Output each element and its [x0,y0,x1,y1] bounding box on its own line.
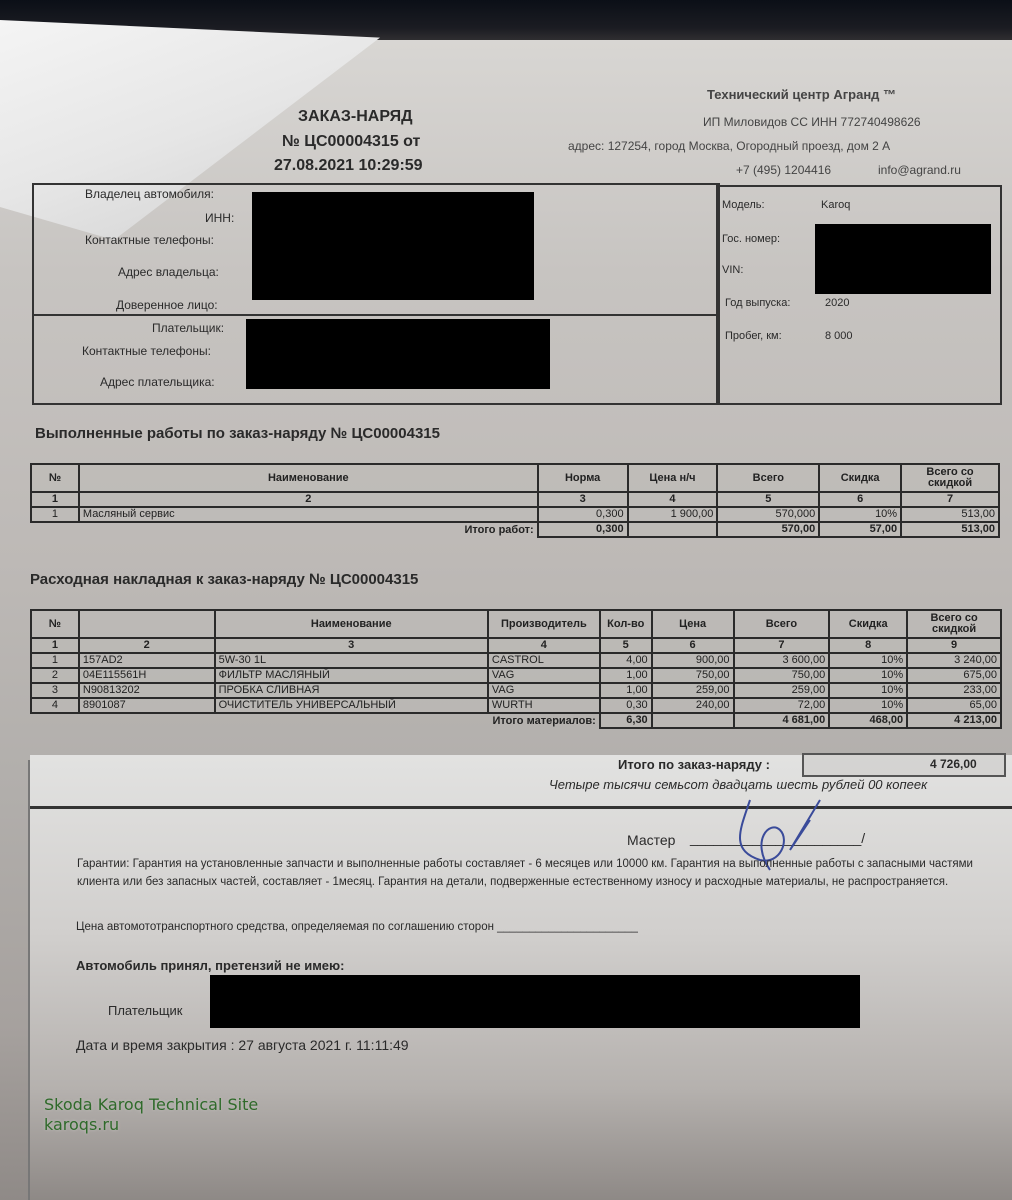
row-name: Масляный сервис [79,507,538,522]
col-num-3: 3 [215,638,488,653]
col-total: Всего [717,464,819,492]
col-num-1: 1 [31,492,79,507]
document-number: № ЦС00004315 от [282,133,420,151]
table-row: 1 Масляный сервис 0,300 1 900,00 570,000… [31,507,999,522]
works-table: № Наименование Норма Цена н/ч Всего Скид… [30,463,1000,538]
materials-total-qty: 6,30 [600,713,652,728]
model-label: Модель: [722,199,765,211]
warranty-text: Гарантии: Гарантия на установленные запч… [77,855,1012,891]
vehicle-info-box [716,185,1002,405]
col-name: Наименование [79,464,538,492]
row-norm: 0,300 [538,507,628,522]
site-watermark-title: Skoda Karoq Technical Site [44,1095,258,1114]
col-num-9: 9 [907,638,1001,653]
materials-header-row: № Наименование Производитель Кол-во Цена… [31,610,1001,638]
col-total-discounted: Всего со скидкой [907,610,1001,638]
row-discount: 10% [829,683,907,698]
row-qty: 1,00 [600,668,652,683]
row-price: 240,00 [652,698,734,713]
works-total-price [628,522,718,537]
col-num-2: 2 [79,492,538,507]
col-num-6: 6 [652,638,734,653]
materials-table: № Наименование Производитель Кол-во Цена… [30,609,1002,729]
col-num-8: 8 [829,638,907,653]
row-name: ОЧИСТИТЕЛЬ УНИВЕРСАЛЬНЫЙ [215,698,488,713]
owner-payer-divider [32,314,718,316]
materials-total-discounted: 4 213,00 [907,713,1001,728]
col-num-7: 7 [901,492,999,507]
col-num-4: 4 [488,638,600,653]
year-label: Год выпуска: [725,297,790,309]
materials-total-row: Итого материалов: 6,30 4 681,00 468,00 4… [31,713,1001,728]
row-number: 1 [31,507,79,522]
vin-label: VIN: [722,264,743,276]
col-num-3: 3 [538,492,628,507]
row-total-discounted: 513,00 [901,507,999,522]
works-total-sum: 570,00 [717,522,819,537]
row-total-discounted: 233,00 [907,683,1001,698]
materials-total-label: Итого материалов: [31,713,600,728]
works-total-discounted: 513,00 [901,522,999,537]
col-num-7: 7 [734,638,830,653]
row-total: 72,00 [734,698,830,713]
owner-label: Владелец автомобиля: [85,187,214,201]
col-price: Цена [652,610,734,638]
payer-address-label: Адрес плательщика: [100,375,215,389]
row-name: ФИЛЬТР МАСЛЯНЫЙ [215,668,488,683]
row-total: 3 600,00 [734,653,830,668]
row-code: 04E115561H [79,668,215,683]
row-qty: 0,30 [600,698,652,713]
price-agreement: Цена автомототранспортного средства, опр… [76,921,638,933]
row-discount: 10% [829,668,907,683]
col-name: Наименование [215,610,488,638]
row-code: 157AD2 [79,653,215,668]
col-maker: Производитель [488,610,600,638]
margin-ruler [28,760,30,1200]
company-phone: +7 (495) 1204416 [736,163,831,177]
works-heading: Выполненные работы по заказ-наряду № ЦС0… [35,425,440,442]
row-name: 5W-30 1L [215,653,488,668]
row-maker: VAG [488,683,600,698]
table-row: 1 157AD2 5W-30 1L CASTROL 4,00 900,00 3 … [31,653,1001,668]
materials-total-discount: 468,00 [829,713,907,728]
col-number: № [31,610,79,638]
row-number: 1 [31,653,79,668]
payer-label: Плательщик: [152,321,224,335]
section-divider [30,806,1012,809]
col-norm: Норма [538,464,628,492]
plate-label: Гос. номер: [722,233,780,245]
company-owner: ИП Миловидов СС ИНН 772740498626 [703,115,921,129]
year-value: 2020 [825,297,849,309]
col-qty: Кол-во [600,610,652,638]
payer-sign-label: Плательщик [108,1003,182,1018]
col-num-4: 4 [628,492,718,507]
row-maker: VAG [488,668,600,683]
row-qty: 4,00 [600,653,652,668]
col-code [79,610,215,638]
col-num-1: 1 [31,638,79,653]
row-code: 8901087 [79,698,215,713]
payer-phone-label: Контактные телефоны: [82,344,211,358]
owner-redacted [252,192,534,300]
materials-column-numbers: 1 2 3 4 5 6 7 8 9 [31,638,1001,653]
col-num-6: 6 [819,492,901,507]
col-hour-price: Цена н/ч [628,464,718,492]
row-price: 900,00 [652,653,734,668]
row-total-discounted: 3 240,00 [907,653,1001,668]
owner-address-label: Адрес владельца: [118,265,219,279]
row-number: 2 [31,668,79,683]
row-total-discounted: 675,00 [907,668,1001,683]
col-total-discounted: Всего со скидкой [901,464,999,492]
table-row: 3 N90813202 ПРОБКА СЛИВНАЯ VAG 1,00 259,… [31,683,1001,698]
works-total-discount: 57,00 [819,522,901,537]
master-label: Мастер [627,832,675,848]
materials-total-sum: 4 681,00 [734,713,830,728]
row-name: ПРОБКА СЛИВНАЯ [215,683,488,698]
row-discount: 10% [819,507,901,522]
row-code: N90813202 [79,683,215,698]
row-discount: 10% [829,698,907,713]
mileage-value: 8 000 [825,330,853,342]
trusted-person-label: Доверенное лицо: [116,298,218,312]
document-title: ЗАКАЗ-НАРЯД [298,108,413,126]
row-qty: 1,00 [600,683,652,698]
row-number: 3 [31,683,79,698]
grand-total-label: Итого по заказ-наряду : [618,757,770,772]
row-total: 750,00 [734,668,830,683]
materials-heading: Расходная накладная к заказ-наряду № ЦС0… [30,571,418,588]
owner-phone-label: Контактные телефоны: [85,233,214,247]
works-total-label: Итого работ: [31,522,538,537]
col-discount: Скидка [829,610,907,638]
row-price: 259,00 [652,683,734,698]
works-header-row: № Наименование Норма Цена н/ч Всего Скид… [31,464,999,492]
closing-datetime: Дата и время закрытия : 27 августа 2021 … [76,1037,409,1053]
model-value: Karoq [821,199,850,211]
site-watermark-url: karoqs.ru [44,1115,119,1134]
col-num-5: 5 [600,638,652,653]
row-number: 4 [31,698,79,713]
col-total: Всего [734,610,830,638]
mileage-label: Пробег, км: [725,330,782,342]
table-row: 2 04E115561H ФИЛЬТР МАСЛЯНЫЙ VAG 1,00 75… [31,668,1001,683]
works-column-numbers: 1 2 3 4 5 6 7 [31,492,999,507]
company-address: адрес: 127254, город Москва, Огородный п… [568,139,890,153]
plate-vin-redacted [815,224,991,294]
table-row: 4 8901087 ОЧИСТИТЕЛЬ УНИВЕРСАЛЬНЫЙ WURTH… [31,698,1001,713]
materials-total-price [652,713,734,728]
owner-inn-label: ИНН: [205,211,234,225]
row-price: 1 900,00 [628,507,718,522]
vehicle-accepted: Автомобиль принял, претензий не имею: [76,958,344,973]
works-total-norm: 0,300 [538,522,628,537]
col-num-2: 2 [79,638,215,653]
col-num-5: 5 [717,492,819,507]
row-total-discounted: 65,00 [907,698,1001,713]
payer-redacted [246,319,550,389]
company-email: info@agrand.ru [878,163,961,177]
row-maker: CASTROL [488,653,600,668]
row-total: 259,00 [734,683,830,698]
row-discount: 10% [829,653,907,668]
works-total-row: Итого работ: 0,300 570,00 57,00 513,00 [31,522,999,537]
row-total: 570,000 [717,507,819,522]
row-price: 750,00 [652,668,734,683]
payer-signature-redacted [210,975,860,1028]
company-name: Технический центр Агранд ™ [707,87,896,102]
grand-total-value: 4 726,00 [930,757,977,771]
document-datetime: 27.08.2021 10:29:59 [274,157,423,175]
row-maker: WURTH [488,698,600,713]
col-discount: Скидка [819,464,901,492]
col-number: № [31,464,79,492]
